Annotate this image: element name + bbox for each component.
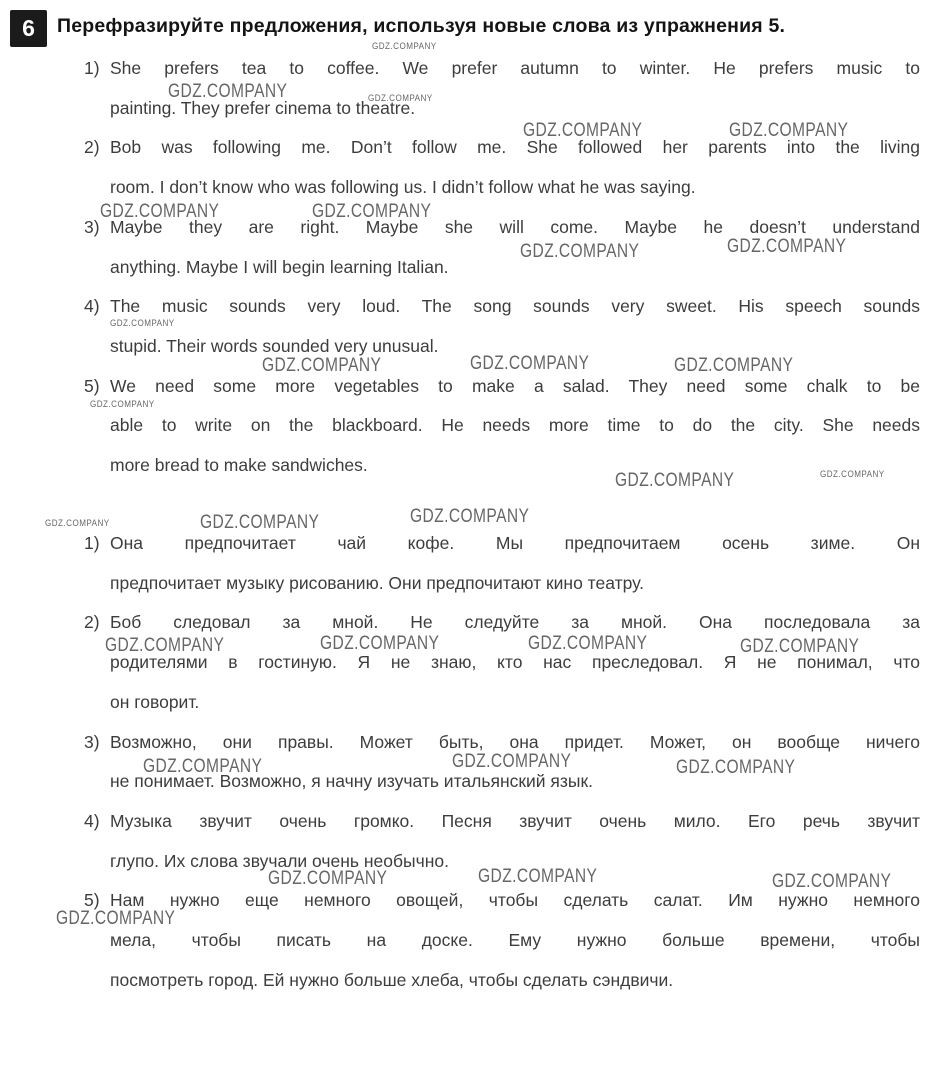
text-line: able to write on the blackboard. He need… xyxy=(110,406,920,446)
item-number: 2) xyxy=(84,603,100,643)
exercise-item: 3)Maybe they are right. Maybe she will c… xyxy=(0,208,935,287)
exercise-item: 3)Возможно, они правы. Может быть, она п… xyxy=(0,723,935,802)
text-line: Bob was following me. Don’t follow me. S… xyxy=(110,128,920,168)
text-line: родителями в гостиную. Я не знаю, кто на… xyxy=(110,643,920,683)
russian-translation-list: 1)Она предпочитает чай кофе. Мы предпочи… xyxy=(0,524,935,1000)
text-line: anything. Maybe I will begin learning It… xyxy=(110,248,920,288)
item-number: 4) xyxy=(84,287,100,327)
exercise-title: Перефразируйте предложения, используя но… xyxy=(57,15,927,38)
item-number: 2) xyxy=(84,128,100,168)
exercise-item: 2)Bob was following me. Don’t follow me.… xyxy=(0,128,935,207)
text-line: Нам нужно еще немного овощей, чтобы сдел… xyxy=(110,881,920,921)
item-number: 5) xyxy=(84,367,100,407)
text-line: Она предпочитает чай кофе. Мы предпочита… xyxy=(110,524,920,564)
exercise-item: 4)The music sounds very loud. The song s… xyxy=(0,287,935,366)
document-page: 6 Перефразируйте предложения, используя … xyxy=(0,0,935,1072)
text-line: посмотреть город. Ей нужно больше хлеба,… xyxy=(110,961,920,1001)
item-number: 3) xyxy=(84,723,100,763)
text-line: painting. They prefer cinema to theatre. xyxy=(110,89,920,129)
exercise-item: 1)She prefers tea to coffee. We prefer a… xyxy=(0,49,935,128)
text-line: Maybe they are right. Maybe she will com… xyxy=(110,208,920,248)
text-line: глупо. Их слова звучали очень необычно. xyxy=(110,842,920,882)
text-line: more bread to make sandwiches. xyxy=(110,446,920,486)
exercise-item: 5)We need some more vegetables to make a… xyxy=(0,367,935,486)
text-line: он говорит. xyxy=(110,683,920,723)
item-number: 3) xyxy=(84,208,100,248)
text-line: We need some more vegetables to make a s… xyxy=(110,367,920,407)
exercise-item: 4)Музыка звучит очень громко. Песня звуч… xyxy=(0,802,935,881)
exercise-item: 5)Нам нужно еще немного овощей, чтобы сд… xyxy=(0,881,935,1000)
item-number: 1) xyxy=(84,49,100,89)
text-line: room. I don’t know who was following us.… xyxy=(110,168,920,208)
exercise-item: 2)Боб следовал за мной. Не следуйте за м… xyxy=(0,603,935,722)
exercise-item: 1)Она предпочитает чай кофе. Мы предпочи… xyxy=(0,524,935,603)
item-number: 1) xyxy=(84,524,100,564)
item-number: 5) xyxy=(84,881,100,921)
text-line: She prefers tea to coffee. We prefer aut… xyxy=(110,49,920,89)
exercise-number-badge: 6 xyxy=(10,10,47,47)
text-line: The music sounds very loud. The song sou… xyxy=(110,287,920,327)
text-line: не понимает. Возможно, я начну изучать и… xyxy=(110,762,920,802)
text-line: мела, чтобы писать на доске. Ему нужно б… xyxy=(110,921,920,961)
text-line: Боб следовал за мной. Не следуйте за мно… xyxy=(110,603,920,643)
text-line: Музыка звучит очень громко. Песня звучит… xyxy=(110,802,920,842)
text-line: Возможно, они правы. Может быть, она при… xyxy=(110,723,920,763)
text-line: stupid. Their words sounded very unusual… xyxy=(110,327,920,367)
item-number: 4) xyxy=(84,802,100,842)
english-sentences-list: 1)She prefers tea to coffee. We prefer a… xyxy=(0,49,935,486)
text-line: предпочитает музыку рисованию. Они предп… xyxy=(110,564,920,604)
